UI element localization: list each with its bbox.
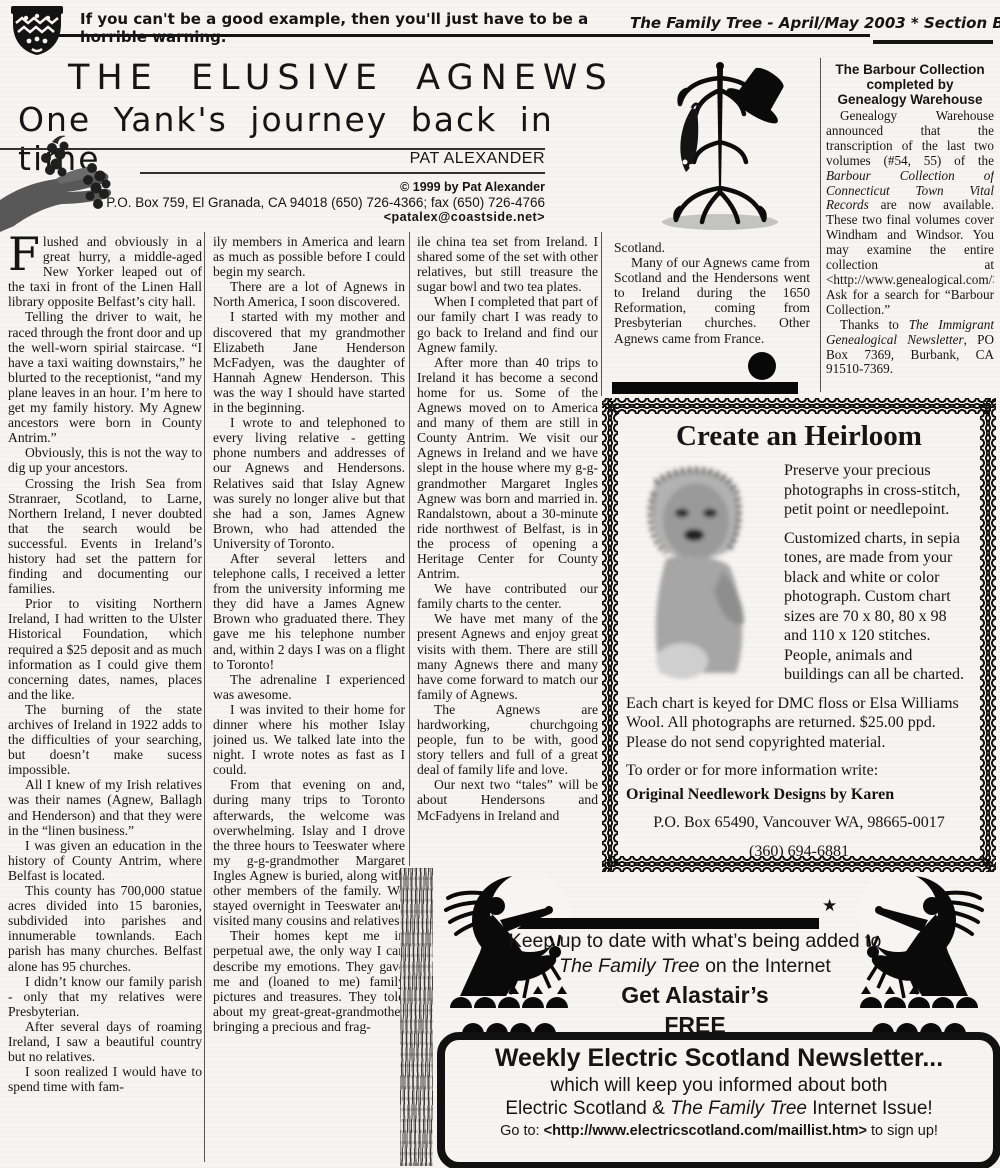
- drop-cap: F: [8, 234, 43, 272]
- sidebar-heading-line3: Genealogy Warehouse: [826, 92, 994, 107]
- paragraph: Crossing the Irish Sea from Stranraer, S…: [8, 476, 202, 597]
- sidebar-text: Thanks to: [840, 317, 909, 332]
- paragraph: I didn’t know our family parish - only t…: [8, 974, 202, 1019]
- paragraph: ily members in America and learn as much…: [213, 234, 405, 279]
- paragraph: Our next two “tales” will be about Hende…: [417, 777, 598, 822]
- paragraph: I soon realized I would have to spend ti…: [8, 1064, 202, 1094]
- bottom-ad-line2: The Family Tree on the Internet: [498, 955, 892, 978]
- family-tree-title: The Family Tree: [559, 955, 700, 977]
- sidebar-heading: The Barbour Collection completed by Gene…: [826, 62, 994, 107]
- sidebar-text: are now available. These two final volum…: [826, 197, 994, 316]
- paragraph: I was given an education in the history …: [8, 838, 202, 883]
- goto-label: Go to:: [500, 1123, 544, 1139]
- paragraph: ile china tea set from Ireland. I shared…: [417, 234, 598, 294]
- byline-rule-bottom: [140, 172, 545, 174]
- paragraph: We have met many of the present Agnews a…: [417, 611, 598, 702]
- sidebar-text: Genealogy Warehouse announced that the t…: [826, 108, 994, 168]
- newsletter-line3: Electric Scotland & The Family Tree Inte…: [445, 1098, 993, 1120]
- article-column-3: ile china tea set from Ireland. I shared…: [417, 234, 598, 864]
- newsletter-line2: which will keep you informed about both: [445, 1075, 993, 1097]
- column-divider: [601, 232, 602, 396]
- masthead-paper-name: The Family Tree: [630, 14, 762, 32]
- header-rule-right: [873, 40, 993, 44]
- paragraph: I was invited to their home for dinner w…: [213, 702, 405, 777]
- newspaper-page: If you can't be a good example, then you…: [0, 0, 1000, 1168]
- newsletter-line3-text: Electric Scotland &: [505, 1098, 670, 1119]
- column-divider: [204, 232, 205, 1162]
- ad-phone: (360) 694-6881: [626, 842, 972, 859]
- column-divider: [409, 232, 410, 866]
- end-of-article-bullet: [748, 352, 776, 380]
- paragraph: Their homes kept me in perpetual awe, th…: [213, 928, 405, 1034]
- paragraph: I wrote to and telephoned to every livin…: [213, 415, 405, 551]
- paragraph: The Agnews are hardworking, churchgoing …: [417, 702, 598, 777]
- signup-suffix: to sign up!: [867, 1123, 938, 1139]
- end-of-article-bar: [612, 382, 798, 394]
- paragraph: Obviously, this is not the way to dig up…: [8, 445, 202, 475]
- article-column-2: ily members in America and learn as much…: [213, 234, 405, 1162]
- sidebar-heading-line2: completed by: [826, 77, 994, 92]
- bottom-ad-line3: Get Alastair’s: [498, 982, 892, 1009]
- masthead-crest-icon: [10, 5, 64, 57]
- sidebar-heading-line1: The Barbour Collection: [826, 62, 994, 77]
- header-rule: [57, 34, 870, 37]
- byline: PAT ALEXANDER: [245, 150, 545, 168]
- heirloom-ad: Create an Heirloom Preserve your: [602, 398, 996, 872]
- paragraph: The burning of the state archives of Ire…: [8, 702, 202, 777]
- article-column-1: Flushed and obviously in a great hurry, …: [8, 234, 202, 1162]
- paragraph: After several days of roaming Ireland, I…: [8, 1019, 202, 1064]
- paragraph: Telling the driver to wait, he raced thr…: [8, 309, 202, 445]
- newsletter-signup-line: Go to: <http://www.electricscotland.com/…: [445, 1123, 993, 1139]
- ad-company-name: Original Needlework Designs by Karen: [626, 785, 972, 805]
- newsletter-box: Weekly Electric Scotland Newsletter... w…: [437, 1032, 1000, 1168]
- paragraph: We have contributed our family charts to…: [417, 581, 598, 611]
- masthead-issue: - April/May 2003 * Section B Page 23: [762, 14, 1000, 32]
- bottom-ad-line2-rest: on the Internet: [700, 955, 831, 977]
- paragraph: Scotland.: [614, 240, 810, 255]
- paragraph: I started with my mother and discovered …: [213, 309, 405, 415]
- paragraph: After more than 40 trips to Ireland it h…: [417, 355, 598, 581]
- heirloom-ad-title: Create an Heirloom: [626, 420, 972, 453]
- coat-rack-image: [636, 50, 804, 234]
- ad-paragraph: Each chart is keyed for DMC floss or Els…: [626, 694, 972, 753]
- masthead-title: The Family Tree - April/May 2003 * Secti…: [630, 14, 992, 32]
- hand-with-grapes-image: [0, 134, 150, 232]
- newsletter-url: <http://www.electricscotland.com/maillis…: [544, 1123, 867, 1139]
- star-icon: ★: [822, 896, 837, 916]
- newsletter-line3-rest: Internet Issue!: [807, 1098, 933, 1119]
- newsletter-title: Weekly Electric Scotland Newsletter...: [445, 1044, 993, 1073]
- family-tree-title: The Family Tree: [670, 1098, 807, 1119]
- paragraph: This county has 700,000 statue acres div…: [8, 883, 202, 974]
- heirloom-ad-content: Create an Heirloom Preserve your: [618, 412, 980, 858]
- article-column-4: Scotland. Many of our Agnews came from S…: [614, 240, 810, 384]
- paragraph: All I knew of my Irish relatives was the…: [8, 777, 202, 837]
- paragraph: Prior to visiting Northern Ireland, I ha…: [8, 596, 202, 702]
- paragraph: When I completed that part of our family…: [417, 294, 598, 354]
- bottom-ad-line1: Keep up to date with what’s being added …: [498, 930, 892, 953]
- ad-address: P.O. Box 65490, Vancouver WA, 98665-0017: [626, 813, 972, 833]
- paragraph: Many of our Agnews came from Scotland an…: [614, 255, 810, 346]
- article-title: THE ELUSIVE AGNEWS: [68, 58, 648, 98]
- baby-portrait-image: [626, 463, 774, 681]
- paragraph: The adrenaline I experienced was awesome…: [213, 672, 405, 702]
- wavy-border-right-inner: [980, 403, 990, 867]
- paragraph: After several letters and telephone call…: [213, 551, 405, 672]
- paragraph: Flushed and obviously in a great hurry, …: [8, 234, 202, 309]
- bottom-ad-top-bar: [517, 918, 819, 929]
- barbour-sidebar: The Barbour Collection completed by Gene…: [826, 62, 994, 392]
- tree-branch-image: [400, 868, 433, 1166]
- bottom-ad-text: Keep up to date with what’s being added …: [498, 930, 892, 1039]
- ad-paragraph: To order or for more information write:: [626, 761, 972, 781]
- paragraph: From that evening on and, during many tr…: [213, 777, 405, 928]
- sidebar-paragraph: Thanks to The Immigrant Genealogical New…: [826, 318, 994, 378]
- sidebar-paragraph: Genealogy Warehouse announced that the t…: [826, 109, 994, 318]
- page-motto: If you can't be a good example, then you…: [80, 10, 660, 46]
- wavy-border-left-inner: [608, 403, 618, 867]
- paragraph: There are a lot of Agnews in North Ameri…: [213, 279, 405, 309]
- column-divider: [820, 58, 821, 392]
